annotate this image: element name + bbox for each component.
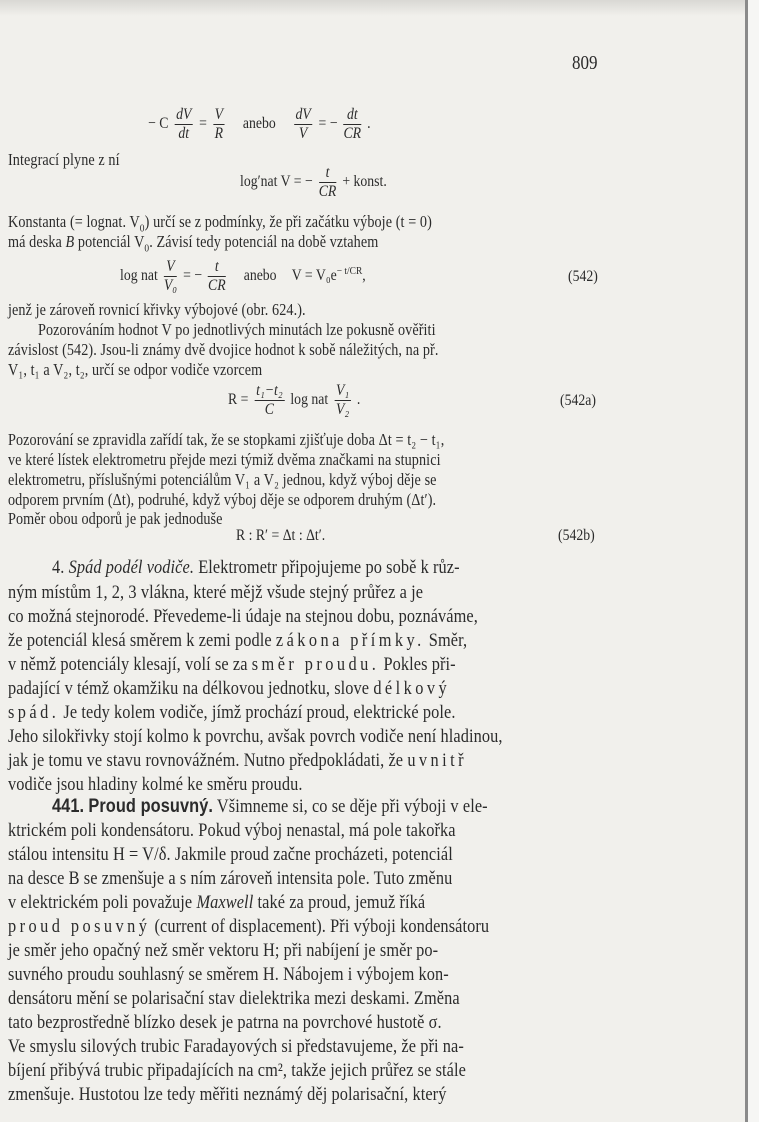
fraction: VV₀ <box>164 258 177 295</box>
equation-542b: R : R′ = Δt : Δt′. <box>236 527 325 545</box>
section-title: 441. <box>52 796 84 817</box>
text-line: ným místům 1, 2, 3 vlákna, které mějž vš… <box>8 582 423 604</box>
text-line: jenž je zároveň rovnicí křivky výbojové … <box>8 300 306 320</box>
text-line: závislost (542). Jsou-li známy dvě dvoji… <box>8 340 438 360</box>
equation-542a: R = t₁−t₂C log nat V₁V₂ . <box>228 382 360 419</box>
section-4-heading-line: 4. Spád podél vodiče. Elektrometr připoj… <box>52 557 460 579</box>
section-441-heading-line: 441. Proud posuvný. Všimneme si, co se d… <box>52 796 488 818</box>
fraction: tCR <box>208 258 226 295</box>
text-line: je směr jeho opačný než směr vektoru H; … <box>8 940 438 962</box>
text-line: zmenšuje. Hustotou lze tedy měřiti nezná… <box>8 1084 446 1106</box>
fraction: VR <box>213 106 225 143</box>
text-line: V₁, t₁ a V₂, t₂, určí se odpor vodiče vz… <box>8 360 262 380</box>
text-line: v němž potenciály klesají, volí se za sm… <box>8 654 456 676</box>
text-line: Pozorování se zpravidla zařídí tak, že s… <box>8 430 444 450</box>
equation-number: (542) <box>568 268 598 286</box>
text-line: v elektrickém poli považuje Maxwell také… <box>8 892 425 914</box>
text-line: na desce B se zmenšuje a s ním zároveň i… <box>8 868 452 890</box>
text-line: jak je tomu ve stavu rovnovážném. Nutno … <box>8 750 467 772</box>
text-line: spád. Je tedy kolem vodiče, jímž procház… <box>8 702 456 724</box>
text-line: ktrickém poli kondensátoru. Pokud výboj … <box>8 820 456 842</box>
fraction: dVV <box>294 106 313 143</box>
section-title: Spád podél vodiče. <box>69 557 194 578</box>
text-line: odporem prvním (Δt), podruhé, když výboj… <box>8 490 436 510</box>
text-line: Jeho silokřivky stojí kolmo k povrchu, a… <box>8 726 503 748</box>
fraction: dtCR <box>344 106 362 143</box>
text-line: Poměr obou odporů je pak jednoduše <box>8 509 223 529</box>
text-line: padající v témž okamžiku na délkovou jed… <box>8 678 450 700</box>
text-line: vodiče jsou hladiny kolmé ke směru proud… <box>8 774 303 796</box>
text-line: Ve smyslu silových trubic Faradayových s… <box>8 1036 464 1058</box>
text-line: densátoru mění se polarisační stav diele… <box>8 988 460 1010</box>
text-line: tato bezprostředně blízko desek je patrn… <box>8 1012 442 1034</box>
scan-top-shadow <box>0 0 759 16</box>
text-line: bíjení přibývá trubic připadajících na c… <box>8 1060 466 1082</box>
text-line: Konstanta (= lognat. V0) určí se z podmí… <box>8 212 432 234</box>
text-line: Pozorováním hodnot V po jednotlivých min… <box>38 320 436 340</box>
text-line: má deska B potenciál V0. Závisí tedy pot… <box>8 232 378 254</box>
page-number: 809 <box>572 52 598 75</box>
equation-542: log nat VV₀ = − tCR anebo V = V₀e− t/CR, <box>120 258 366 295</box>
text-line: suvného proudu souhlasný se směrem H. Ná… <box>8 964 449 986</box>
text-line: elektrometru, příslušnými potenciálům V₁… <box>8 470 437 490</box>
fraction: dVdt <box>174 106 193 143</box>
fraction: V₁V₂ <box>334 382 351 419</box>
text-line: proud posuvný (current of displacement).… <box>8 916 489 938</box>
fraction: t₁−t₂C <box>254 382 284 419</box>
text-line: co možná stejnorodé. Převedeme-li údaje … <box>8 606 478 628</box>
text-line: že potenciál klesá směrem k zemi podle z… <box>8 630 467 652</box>
equation-dv-dt: − C dVdt = VR anebo dVV = − dtCR . <box>148 106 371 143</box>
equation-number: (542a) <box>560 392 596 410</box>
equation-number: (542b) <box>558 527 595 545</box>
fraction: tCR <box>319 164 337 201</box>
equation-log-nat: log′nat V = − tCR + konst. <box>240 164 387 201</box>
page-margin <box>748 0 759 1122</box>
text-line: Integrací plyne z ní <box>8 150 120 170</box>
text-line: stálou intensitu H = V/δ. Jakmile proud … <box>8 844 453 866</box>
text-line: ve které lístek elektrometru přejde mezi… <box>8 450 441 470</box>
